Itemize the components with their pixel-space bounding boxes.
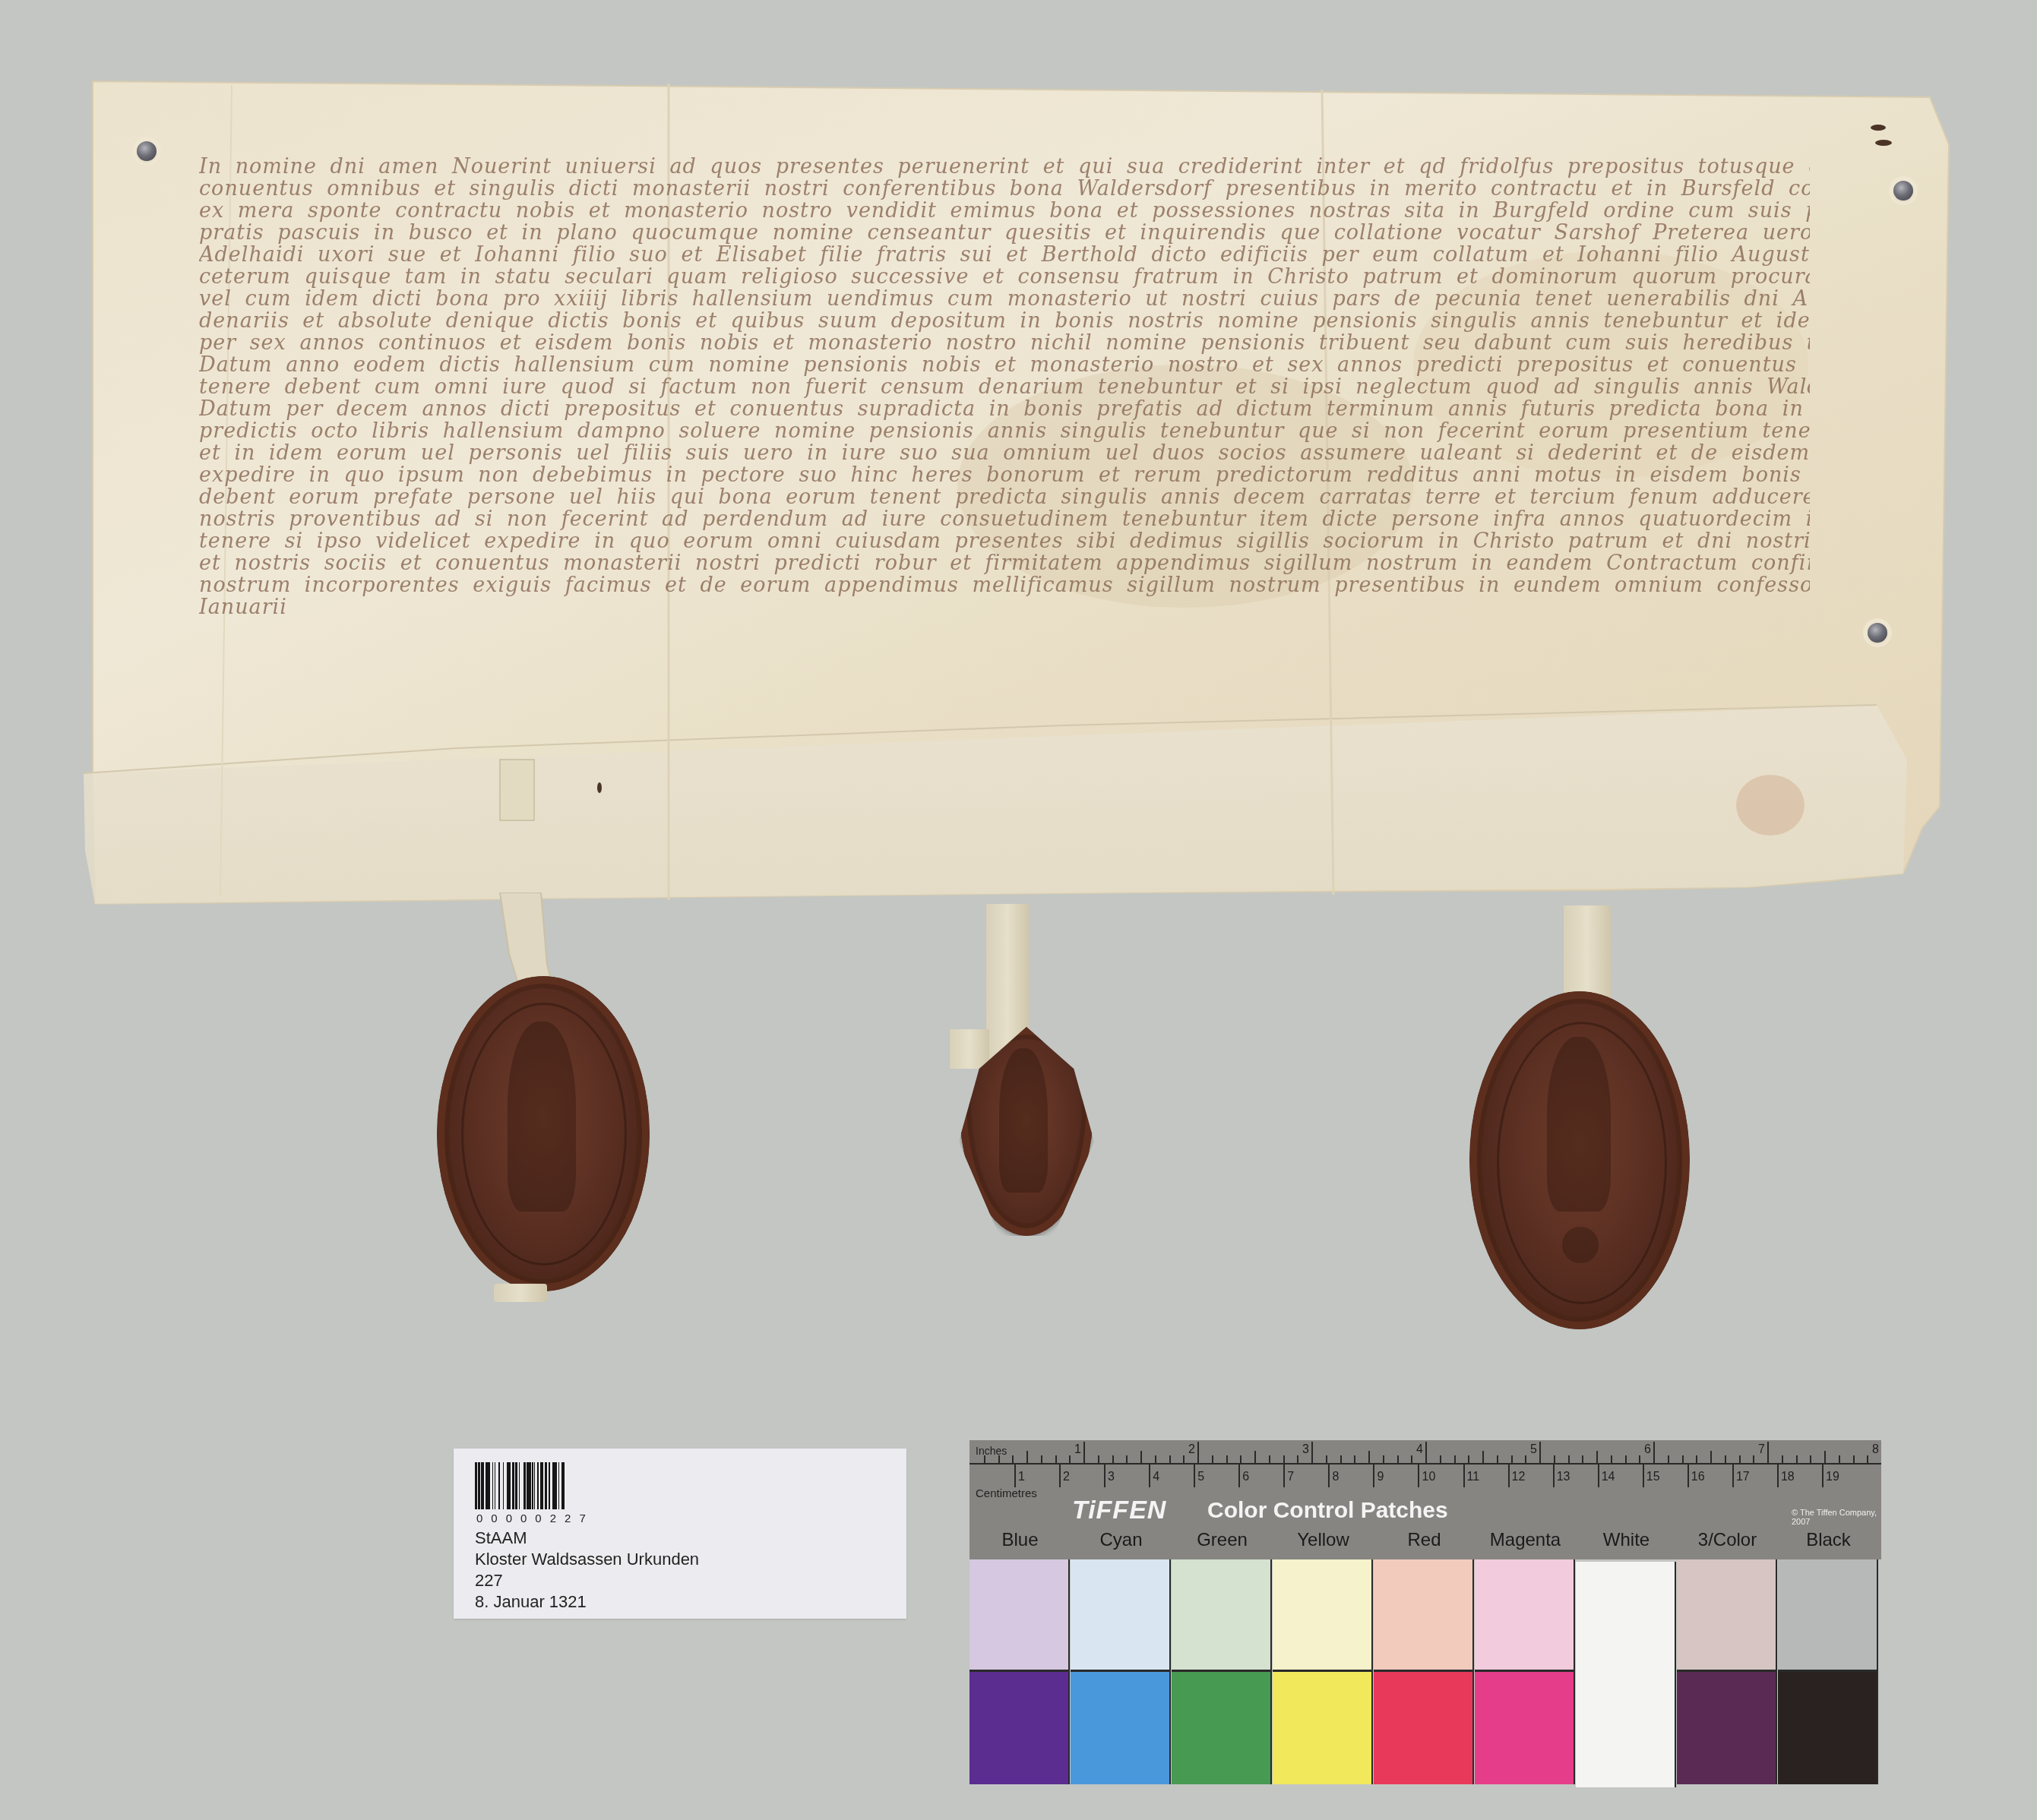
cm-tick [1328, 1465, 1330, 1487]
inch-tick [1810, 1455, 1811, 1465]
patch-dark-red [1374, 1672, 1474, 1784]
cm-tick [1283, 1465, 1285, 1487]
inch-tick [1867, 1455, 1868, 1465]
patch-label-blue: Blue [969, 1530, 1071, 1551]
inch-tick [1753, 1455, 1754, 1465]
inch-tick [1767, 1442, 1769, 1465]
inch-tick [1568, 1455, 1570, 1465]
inch-tick [1098, 1455, 1099, 1465]
ink-blot [1875, 140, 1892, 146]
inch-mark: 3 [1302, 1443, 1309, 1457]
cm-mark: 11 [1467, 1471, 1480, 1484]
cm-tick [1822, 1465, 1823, 1487]
patch-dark-magenta [1475, 1672, 1575, 1784]
cm-mark: 6 [1242, 1471, 1249, 1484]
ruler-inches-label: Inches [976, 1445, 1007, 1457]
seal-right-figure [1547, 1037, 1611, 1212]
cm-mark: 7 [1287, 1471, 1294, 1484]
inch-tick [1354, 1455, 1355, 1465]
inch-mark: 5 [1530, 1443, 1537, 1457]
inch-tick [1824, 1451, 1826, 1465]
cm-tick [1643, 1465, 1644, 1487]
inch-tick [1411, 1455, 1412, 1465]
inch-tick [1425, 1442, 1427, 1465]
inch-tick [1525, 1455, 1526, 1465]
inch-tick [1311, 1442, 1313, 1465]
chart-copyright: © The Tiffen Company, 2007 [1792, 1509, 1881, 1527]
barcode [475, 1462, 634, 1509]
cm-tick [1149, 1465, 1150, 1487]
cm-tick [1732, 1465, 1734, 1487]
inch-tick [1497, 1455, 1498, 1465]
charter-line: tenere si ipso videlicet expedire in quo… [199, 530, 1810, 552]
inch-tick [1397, 1455, 1399, 1465]
inch-tick [1340, 1455, 1342, 1465]
patch-label-magenta: Magenta [1475, 1530, 1576, 1551]
inch-tick [998, 1455, 1000, 1465]
charter-line: vel cum idem dicti bona pro xxiiij libri… [199, 288, 1810, 310]
charter-line: denariis et absolute denique dictis boni… [199, 310, 1810, 332]
charter-line: per sex annos continuos et eisdem bonis … [199, 332, 1810, 354]
patch-light-green [1172, 1559, 1272, 1672]
inch-tick [1639, 1455, 1640, 1465]
inch-tick [1625, 1455, 1627, 1465]
inch-tick [1668, 1455, 1669, 1465]
inch-tick [1112, 1455, 1114, 1465]
inch-tick [1853, 1455, 1855, 1465]
inch-tick [1155, 1455, 1156, 1465]
charter-line: In nomine dni amen Nouerint uniuersi ad … [199, 156, 1810, 178]
patch-light-magenta [1475, 1559, 1575, 1672]
cm-mark: 16 [1691, 1471, 1705, 1484]
cm-tick [1687, 1465, 1689, 1487]
inch-tick [1468, 1455, 1469, 1465]
charter-line: et nostris sociis et conuentus monasteri… [199, 552, 1810, 574]
inch-tick [1725, 1455, 1726, 1465]
ruler-centimetres-label: Centimetres [976, 1487, 1037, 1500]
patch-dark-3-color [1677, 1672, 1777, 1784]
patch-dark-green [1172, 1672, 1272, 1784]
cm-mark: 19 [1826, 1471, 1839, 1484]
barcode-number: 00000227 [476, 1512, 594, 1525]
cm-mark: 3 [1108, 1471, 1115, 1484]
inch-tick [1083, 1442, 1085, 1465]
patch-label-3-color: 3/Color [1677, 1530, 1778, 1551]
charter-line: ceterum quisque tam in statu seculari qu… [199, 266, 1810, 288]
seal-right-rosette [1562, 1227, 1599, 1263]
patch-label-cyan: Cyan [1071, 1530, 1172, 1551]
cm-tick [1463, 1465, 1465, 1487]
cm-mark: 4 [1153, 1471, 1159, 1484]
seal-left-figure [508, 1022, 576, 1212]
inch-mark: 6 [1644, 1443, 1651, 1457]
charter-line: Adelhaidi uxori sue et Iohanni filio suo… [199, 244, 1810, 266]
cm-tick [1373, 1465, 1374, 1487]
inch-tick [1611, 1455, 1612, 1465]
inch-tick [1482, 1451, 1484, 1465]
inch-tick [1183, 1455, 1185, 1465]
inch-tick [1739, 1455, 1741, 1465]
magnet-right-middle [1868, 623, 1887, 643]
label-number: 227 [475, 1571, 503, 1591]
cm-mark: 13 [1557, 1471, 1570, 1484]
patch-light-red [1374, 1559, 1474, 1672]
charter-line: predictis octo libris hallensium dampno … [199, 420, 1810, 442]
tiffen-logo: TiFFEN [1072, 1496, 1166, 1525]
inch-tick [1326, 1455, 1327, 1465]
cm-tick [1059, 1465, 1061, 1487]
inch-tick [1596, 1451, 1598, 1465]
cm-tick [1014, 1465, 1016, 1487]
patch-light-yellow [1273, 1559, 1373, 1672]
label-collection: Kloster Waldsassen Urkunden [475, 1550, 699, 1569]
charter-line: nostris proventibus ad si non fecerint a… [199, 508, 1810, 530]
inch-tick [1012, 1455, 1014, 1465]
inch-mark: 2 [1188, 1443, 1195, 1457]
charter-line: tenere debent cum omni iure quod si fact… [199, 376, 1810, 398]
seal-center-figure [999, 1048, 1048, 1193]
inch-tick [1539, 1442, 1541, 1465]
cm-tick [1238, 1465, 1240, 1487]
charter-line: et in idem eorum uel personis uel filiis… [199, 442, 1810, 464]
inch-tick [1368, 1451, 1370, 1465]
inch-tick [1383, 1455, 1384, 1465]
cm-mark: 5 [1197, 1471, 1204, 1484]
cm-mark: 8 [1332, 1471, 1339, 1484]
inch-tick [1796, 1455, 1798, 1465]
barcode-bar [565, 1462, 565, 1509]
inch-mark: 8 [1872, 1443, 1879, 1457]
cm-mark: 1 [1018, 1471, 1025, 1484]
charter-line: Datum anno eodem dictis hallensium cum n… [199, 354, 1810, 376]
cm-mark: 14 [1602, 1471, 1615, 1484]
cm-tick [1508, 1465, 1510, 1487]
chart-title: Color Control Patches [1207, 1498, 1448, 1524]
charter-text: In nomine dni amen Nouerint uniuersi ad … [199, 156, 1810, 618]
charter-line: nostrum incorporentes exiguis facimus et… [199, 574, 1810, 596]
inch-tick [1140, 1451, 1142, 1465]
inch-mark: 4 [1416, 1443, 1423, 1457]
charter-line: expedire in quo ipsum non debebimus in p… [199, 464, 1810, 486]
inch-tick [1197, 1442, 1199, 1465]
charter-line: debent eorum prefate persone uel hiis qu… [199, 486, 1810, 508]
inch-tick [1454, 1455, 1456, 1465]
patch-label-white: White [1576, 1530, 1677, 1551]
charter-line: ex mera sponte contractu nobis et monast… [199, 200, 1810, 222]
cm-mark: 9 [1377, 1471, 1384, 1484]
cm-tick [1777, 1465, 1779, 1487]
inch-tick [1254, 1451, 1256, 1465]
patch-dark-cyan [1071, 1672, 1171, 1784]
patch-light-blue [969, 1559, 1070, 1672]
inch-tick [1055, 1455, 1057, 1465]
inch-tick [1169, 1455, 1171, 1465]
inch-tick [1026, 1451, 1028, 1465]
inch-tick [1240, 1455, 1241, 1465]
magnet-top-right [1893, 181, 1913, 201]
patch-label-yellow: Yellow [1273, 1530, 1374, 1551]
charter-line: conuentus omnibus et singulis dicti mona… [199, 178, 1810, 200]
charter-line: Ianuarii [199, 596, 1810, 618]
archive-label: 00000227 StAAM Kloster Waldsassen Urkund… [454, 1449, 906, 1619]
inch-tick [1696, 1455, 1697, 1465]
cm-tick [1418, 1465, 1419, 1487]
inch-tick [1283, 1455, 1285, 1465]
inch-mark: 7 [1758, 1443, 1765, 1457]
inch-tick [1440, 1455, 1441, 1465]
cm-mark: 17 [1736, 1471, 1750, 1484]
patch-label-black: Black [1778, 1530, 1879, 1551]
patch-light-black [1778, 1559, 1878, 1672]
inch-tick [1069, 1455, 1071, 1465]
inch-tick [1653, 1442, 1655, 1465]
patch-label-red: Red [1374, 1530, 1475, 1551]
inch-tick [1212, 1455, 1213, 1465]
label-date: 8. Januar 1321 [475, 1592, 587, 1612]
chart-header: Inches 12345678 123456789101112131415161… [969, 1440, 1881, 1559]
seal-center-tag-fold [950, 1029, 989, 1069]
cm-tick [1194, 1465, 1195, 1487]
label-archive: StAAM [475, 1528, 527, 1548]
patch-dark-black [1778, 1672, 1878, 1784]
inch-mark: 1 [1074, 1443, 1081, 1457]
charter-line: pratis pascuis in busco et in plano quoc… [199, 222, 1810, 244]
ink-blot [597, 782, 602, 793]
inch-tick [1297, 1455, 1298, 1465]
inch-tick [1582, 1455, 1583, 1465]
inch-tick [1126, 1455, 1128, 1465]
patch-label-green: Green [1172, 1530, 1273, 1551]
cm-mark: 2 [1063, 1471, 1070, 1484]
inch-tick [1554, 1455, 1555, 1465]
charter-line: Datum per decem annos dicti prepositus e… [199, 398, 1810, 420]
magnet-top-left [137, 141, 157, 161]
cm-tick [1598, 1465, 1599, 1487]
patch-dark-yellow [1273, 1672, 1373, 1784]
patch-dark-blue [969, 1672, 1070, 1784]
inch-tick [1511, 1455, 1513, 1465]
inch-tick [1710, 1451, 1712, 1465]
ink-blot [1871, 125, 1886, 131]
patch-light-cyan [1071, 1559, 1171, 1672]
cm-mark: 10 [1422, 1471, 1435, 1484]
cm-tick [1553, 1465, 1555, 1487]
inch-tick [1682, 1455, 1684, 1465]
inch-tick [1041, 1455, 1042, 1465]
cm-mark: 12 [1512, 1471, 1526, 1484]
inch-tick [1839, 1455, 1840, 1465]
cm-mark: 18 [1781, 1471, 1795, 1484]
color-control-chart: Inches 12345678 123456789101112131415161… [969, 1440, 1881, 1787]
parchment-charter: In nomine dni amen Nouerint uniuersi ad … [0, 0, 2037, 1010]
cm-mark: 15 [1646, 1471, 1660, 1484]
inch-tick [1782, 1455, 1783, 1465]
patch-white [1576, 1562, 1676, 1787]
cm-tick [1104, 1465, 1105, 1487]
inch-tick [1269, 1455, 1270, 1465]
seal-left-tag-bottom [494, 1284, 547, 1302]
inch-tick [1226, 1455, 1228, 1465]
inch-tick [984, 1455, 985, 1465]
patch-light-3-color [1677, 1559, 1777, 1672]
